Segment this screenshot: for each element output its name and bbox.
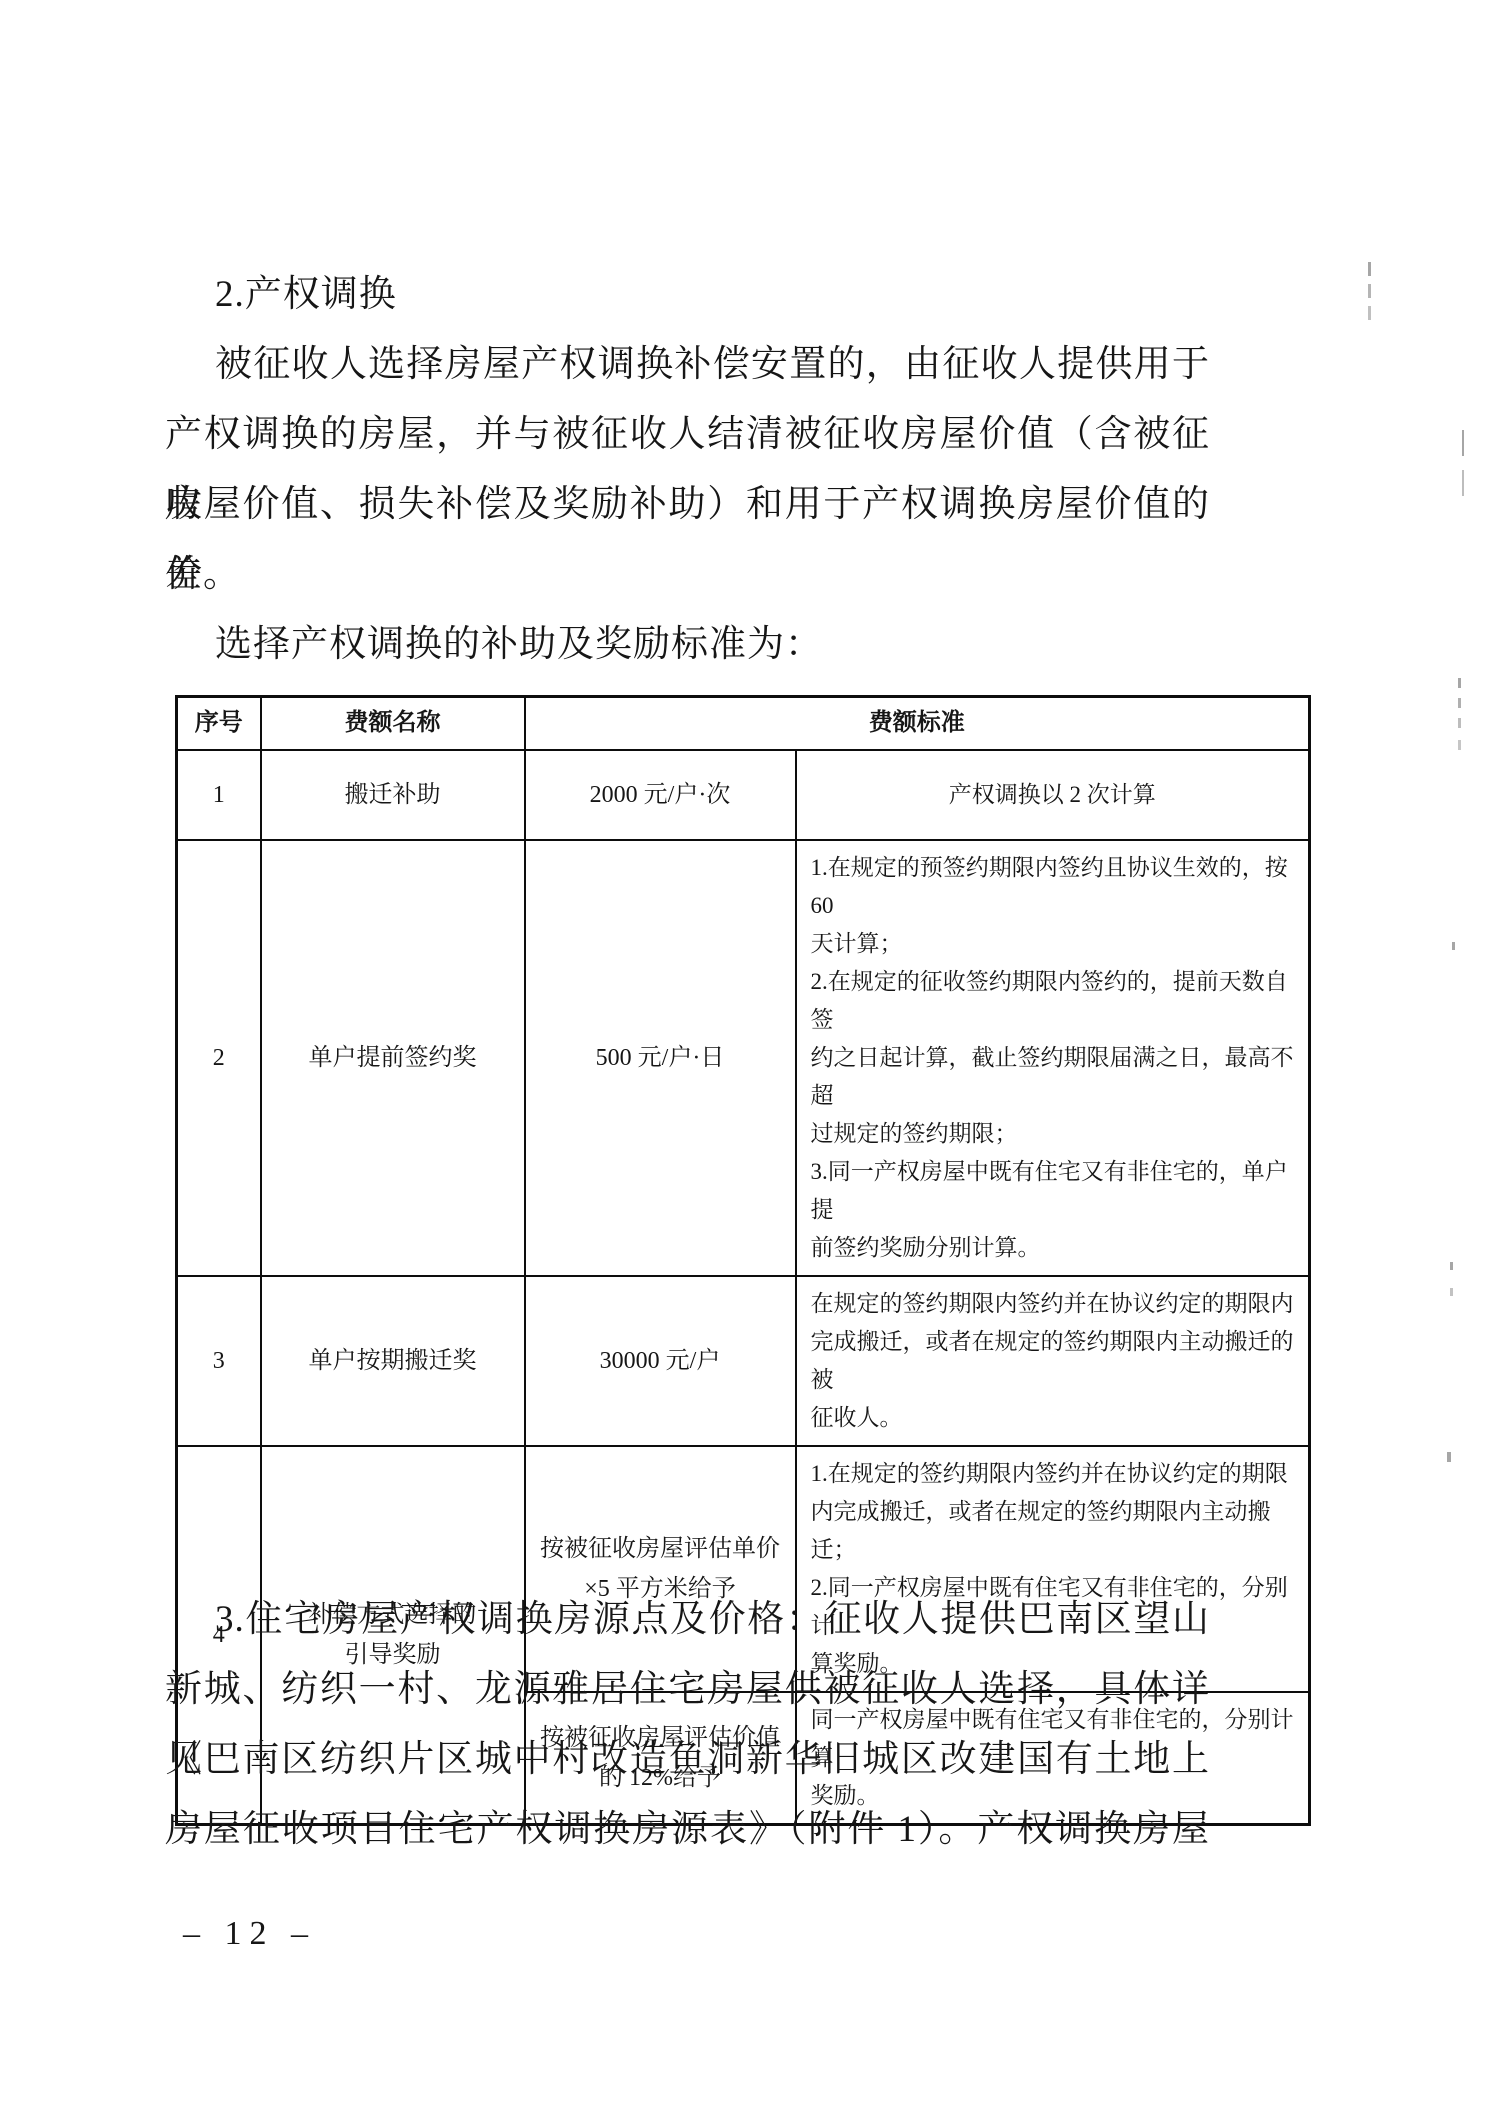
scan-artifact	[1462, 430, 1464, 456]
row-no: 2	[177, 840, 261, 1276]
body-line: 《巴南区纺织片区城中村改造鱼洞新华旧城区改建国有土地上	[165, 1725, 1210, 1795]
body-line: 新城、纺织一村、龙源雅居住宅房屋供被征收人选择，具体详见	[165, 1655, 1210, 1725]
scan-artifact	[1450, 1262, 1453, 1270]
section-3-paragraph: 3.住宅房屋产权调换房源点及价格：征收人提供巴南区望山 新城、纺织一村、龙源雅居…	[165, 1585, 1210, 1865]
header-fee-standard: 费额标准	[525, 697, 1310, 750]
section-2-heading: 2.产权调换	[165, 260, 1210, 330]
fee-value: 30000 元/户	[525, 1276, 796, 1446]
table-row: 2 单户提前签约奖 500 元/户·日 1.在规定的预签约期限内签约且协议生效的…	[177, 840, 1310, 1276]
header-no: 序号	[177, 697, 261, 750]
scan-artifact	[1447, 1452, 1451, 1462]
header-fee-name: 费额名称	[261, 697, 525, 750]
fee-desc: 产权调换以 2 次计算	[796, 750, 1310, 840]
fee-value: 500 元/户·日	[525, 840, 796, 1276]
scan-artifact	[1458, 678, 1461, 688]
fee-name: 搬迁补助	[261, 750, 525, 840]
fee-desc: 在规定的签约期限内签约并在协议约定的期限内 完成搬迁，或者在规定的签约期限内主动…	[796, 1276, 1310, 1446]
row-no: 3	[177, 1276, 261, 1446]
table-row: 3 单户按期搬迁奖 30000 元/户 在规定的签约期限内签约并在协议约定的期限…	[177, 1276, 1310, 1446]
fee-value: 2000 元/户·次	[525, 750, 796, 840]
body-line: 3.住宅房屋产权调换房源点及价格：征收人提供巴南区望山	[165, 1585, 1210, 1655]
page-number: – 12 –	[183, 1912, 316, 1956]
body-line: 价。	[165, 540, 1210, 610]
fee-name: 单户按期搬迁奖	[261, 1276, 525, 1446]
body-line: 产权调换的房屋，并与被征收人结清被征收房屋价值（含被征收	[165, 400, 1210, 470]
body-line: 房屋价值、损失补偿及奖励补助）和用于产权调换房屋价值的差	[165, 470, 1210, 540]
section-2-paragraph: 2.产权调换 被征收人选择房屋产权调换补偿安置的，由征收人提供用于 产权调换的房…	[165, 260, 1210, 680]
document-page: 2.产权调换 被征收人选择房屋产权调换补偿安置的，由征收人提供用于 产权调换的房…	[0, 0, 1488, 2102]
fee-desc: 1.在规定的预签约期限内签约且协议生效的，按 60 天计算； 2.在规定的征收签…	[796, 840, 1310, 1276]
table-intro-line: 选择产权调换的补助及奖励标准为：	[165, 610, 1210, 680]
scan-artifact	[1368, 262, 1371, 276]
table-row: 1 搬迁补助 2000 元/户·次 产权调换以 2 次计算	[177, 750, 1310, 840]
scan-artifact	[1452, 942, 1455, 950]
row-no: 1	[177, 750, 261, 840]
table-header-row: 序号 费额名称 费额标准	[177, 697, 1310, 750]
fee-name: 单户提前签约奖	[261, 840, 525, 1276]
body-line: 被征收人选择房屋产权调换补偿安置的，由征收人提供用于	[165, 330, 1210, 400]
body-line: 房屋征收项目住宅产权调换房源表》（附件 1）。产权调换房屋	[165, 1795, 1210, 1865]
